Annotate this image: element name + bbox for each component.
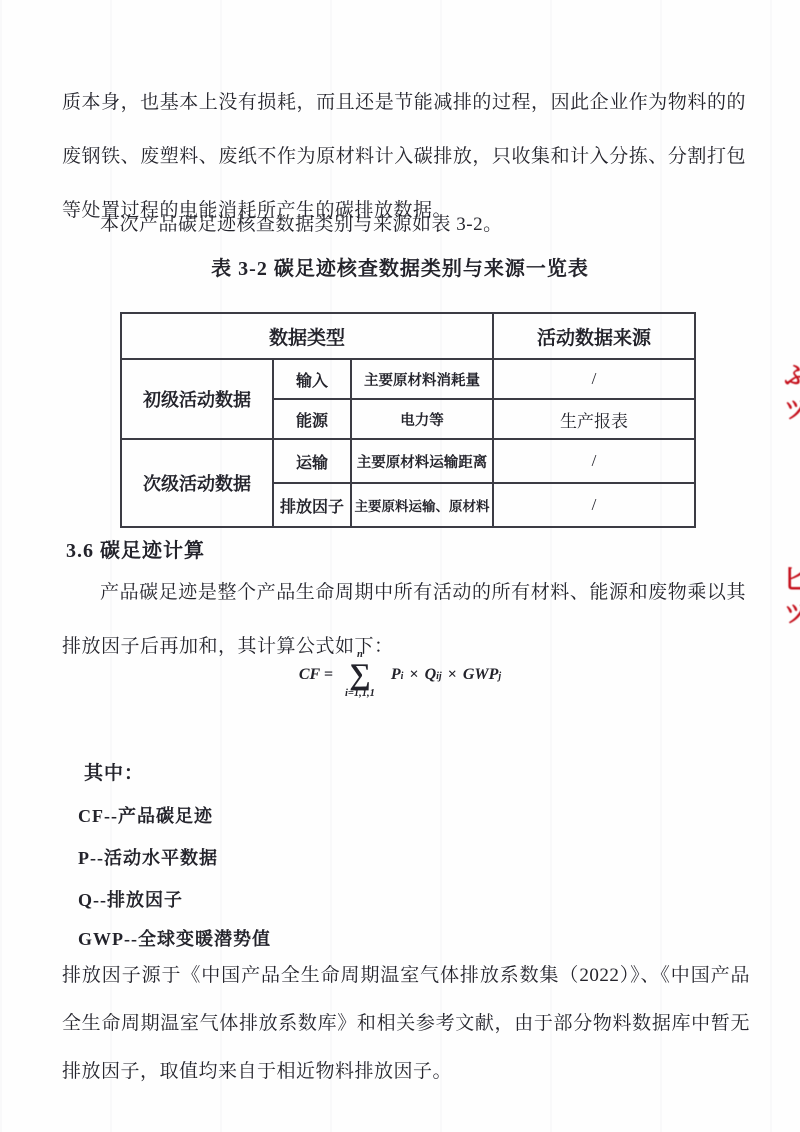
red-stamp-fragments-lower: 丶乂矛上匕ツ	[766, 566, 800, 726]
multiply-sign: ×	[409, 666, 418, 684]
definitions-intro: 其中：	[84, 758, 144, 785]
cell-type-transport: 运输	[273, 439, 351, 483]
cell-detail-transport-distance: 主要原材料运输距离	[351, 439, 493, 483]
cell-type-energy: 能源	[273, 399, 351, 439]
cell-detail-material-transport: 主要原料运输、原材料	[351, 483, 493, 527]
formula-lhs: CF =	[299, 666, 333, 684]
term-p: P	[391, 666, 401, 684]
section-heading-3-6: 3.6 碳足迹计算	[66, 534, 205, 563]
cell-source: /	[493, 439, 695, 483]
cell-detail-raw-material-consumption: 主要原材料消耗量	[351, 359, 493, 399]
term-q-subscript: ij	[436, 671, 442, 682]
cell-source: /	[493, 483, 695, 527]
body-paragraph-emission-factor-sources: 排放因子源于《中国产品全生命周期温室气体排放系数集（2022）》、《中国产品全生…	[62, 952, 750, 1096]
table-row: 次级活动数据 运输 主要原材料运输距离 /	[121, 439, 695, 483]
cell-source-production-report: 生产报表	[493, 399, 695, 439]
definition-gwp: GWP--全球变暖潜势值	[78, 925, 271, 951]
data-category-source-table: 数据类型 活动数据来源 初级活动数据 输入 主要原材料消耗量 / 能源 电力等 …	[120, 312, 696, 528]
multiply-sign: ×	[448, 666, 457, 684]
carbon-footprint-formula: CF = n ∑ i=1,1,1 Pi × Qij × GWPj	[0, 650, 800, 700]
red-stamp-fragments-upper: 丶シ矛上ふツ	[766, 362, 800, 522]
table-row: 初级活动数据 输入 主要原材料消耗量 /	[121, 359, 695, 399]
definition-cf: CF--产品碳足迹	[78, 802, 213, 828]
summation-symbol: n ∑ i=1,1,1	[345, 650, 375, 700]
sigma-icon: ∑	[349, 661, 370, 690]
table-header-activity-source: 活动数据来源	[493, 313, 695, 359]
scanned-document-page: 质本身，也基本上没有损耗，而且还是节能减排的过程，因此企业作为物料的的废钢铁、废…	[0, 0, 800, 1132]
red-stamp-icon: 丶シ矛上ふツ	[781, 362, 800, 522]
red-stamp-icon: 丶乂矛上匕ツ	[781, 566, 800, 726]
term-q: Q	[425, 666, 437, 684]
cell-primary-activity-data: 初级活动数据	[121, 359, 273, 439]
table-caption: 表 3-2 碳足迹核查数据类别与来源一览表	[0, 252, 800, 281]
cell-secondary-activity-data: 次级活动数据	[121, 439, 273, 527]
cell-type-emission-factor: 排放因子	[273, 483, 351, 527]
table-header-row: 数据类型 活动数据来源	[121, 313, 695, 359]
term-p-subscript: i	[401, 671, 404, 682]
definition-p: P--活动水平数据	[78, 844, 218, 870]
cell-source: /	[493, 359, 695, 399]
formula-terms: Pi × Qij × GWPj	[391, 666, 501, 684]
table-header-data-type: 数据类型	[121, 313, 493, 359]
definition-q: Q--排放因子	[78, 886, 183, 912]
term-gwp-subscript: j	[498, 671, 501, 682]
body-paragraph-table-intro: 本次产品碳足迹核查数据类别与来源如表 3-2。	[62, 198, 746, 252]
term-gwp: GWP	[463, 666, 499, 684]
cell-type-input: 输入	[273, 359, 351, 399]
cell-detail-electricity: 电力等	[351, 399, 493, 439]
summation-lower-limit: i=1,1,1	[345, 689, 375, 700]
